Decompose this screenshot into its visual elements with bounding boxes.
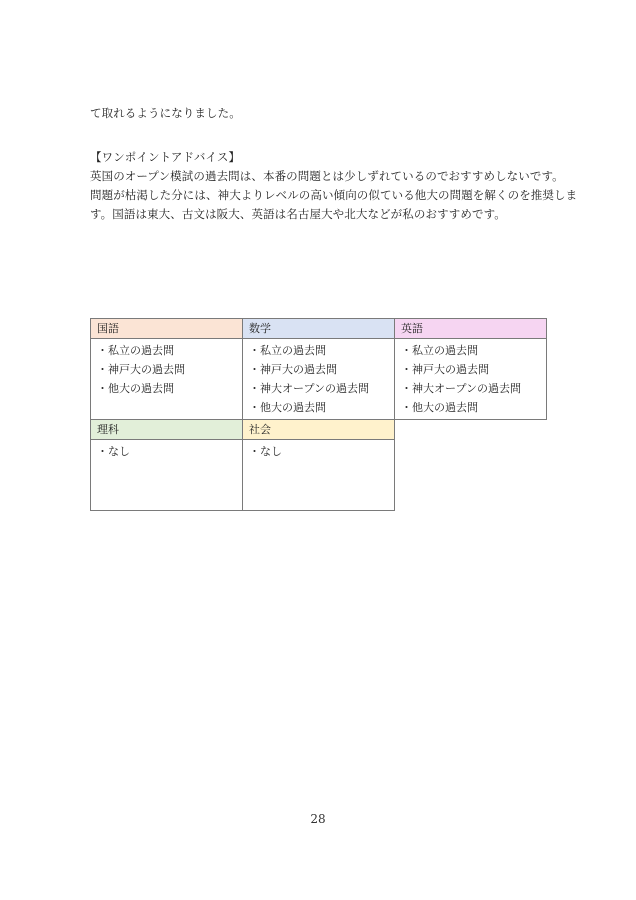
list-item: ・私立の過去問 bbox=[249, 341, 388, 360]
list-item: ・他大の過去問 bbox=[249, 398, 388, 417]
paragraph-line: 問題が枯渇した分には、神大よりレベルの高い傾向の似ている他大の問題を解くのを推奨… bbox=[90, 186, 577, 205]
list-item: ・神大オープンの過去問 bbox=[401, 379, 540, 398]
list-item: ・神大オープンの過去問 bbox=[249, 379, 388, 398]
subject-header-japanese: 国語 bbox=[91, 319, 243, 339]
list-item: ・他大の過去問 bbox=[97, 379, 236, 398]
subject-cell-science: ・なし bbox=[91, 440, 243, 511]
subject-cell-math: ・私立の過去問 ・神戸大の過去問 ・神大オープンの過去問 ・他大の過去問 bbox=[243, 339, 395, 420]
subject-cell-social: ・なし bbox=[243, 440, 395, 511]
empty-cell bbox=[395, 420, 547, 440]
list-item: ・私立の過去問 bbox=[97, 341, 236, 360]
section-heading: 【ワンポイントアドバイス】 bbox=[90, 148, 240, 167]
list-item: ・なし bbox=[249, 442, 388, 461]
subject-header-math: 数学 bbox=[243, 319, 395, 339]
list-item: ・私立の過去問 bbox=[401, 341, 540, 360]
subject-header-science: 理科 bbox=[91, 420, 243, 440]
subject-header-social: 社会 bbox=[243, 420, 395, 440]
study-materials-table: 国語 数学 英語 ・私立の過去問 ・神戸大の過去問 ・他大の過去問 ・私立の過去… bbox=[90, 318, 547, 511]
paragraph-continuation: て取れるようになりました。 bbox=[90, 104, 241, 123]
paragraph-line: 英国のオープン模試の過去問は、本番の問題とは少しずれているのでおすすめしないです… bbox=[90, 167, 564, 186]
list-item: ・神戸大の過去問 bbox=[401, 360, 540, 379]
list-item: ・他大の過去問 bbox=[401, 398, 540, 417]
list-item: ・神戸大の過去問 bbox=[249, 360, 388, 379]
paragraph-line: す。国語は東大、古文は阪大、英語は名古屋大や北大などが私のおすすめです。 bbox=[90, 205, 506, 224]
list-item: ・なし bbox=[97, 442, 236, 461]
subject-cell-japanese: ・私立の過去問 ・神戸大の過去問 ・他大の過去問 bbox=[91, 339, 243, 420]
list-item: ・神戸大の過去問 bbox=[97, 360, 236, 379]
empty-cell bbox=[395, 440, 547, 511]
page-number: 28 bbox=[0, 812, 636, 826]
subject-header-english: 英語 bbox=[395, 319, 547, 339]
subject-cell-english: ・私立の過去問 ・神戸大の過去問 ・神大オープンの過去問 ・他大の過去問 bbox=[395, 339, 547, 420]
